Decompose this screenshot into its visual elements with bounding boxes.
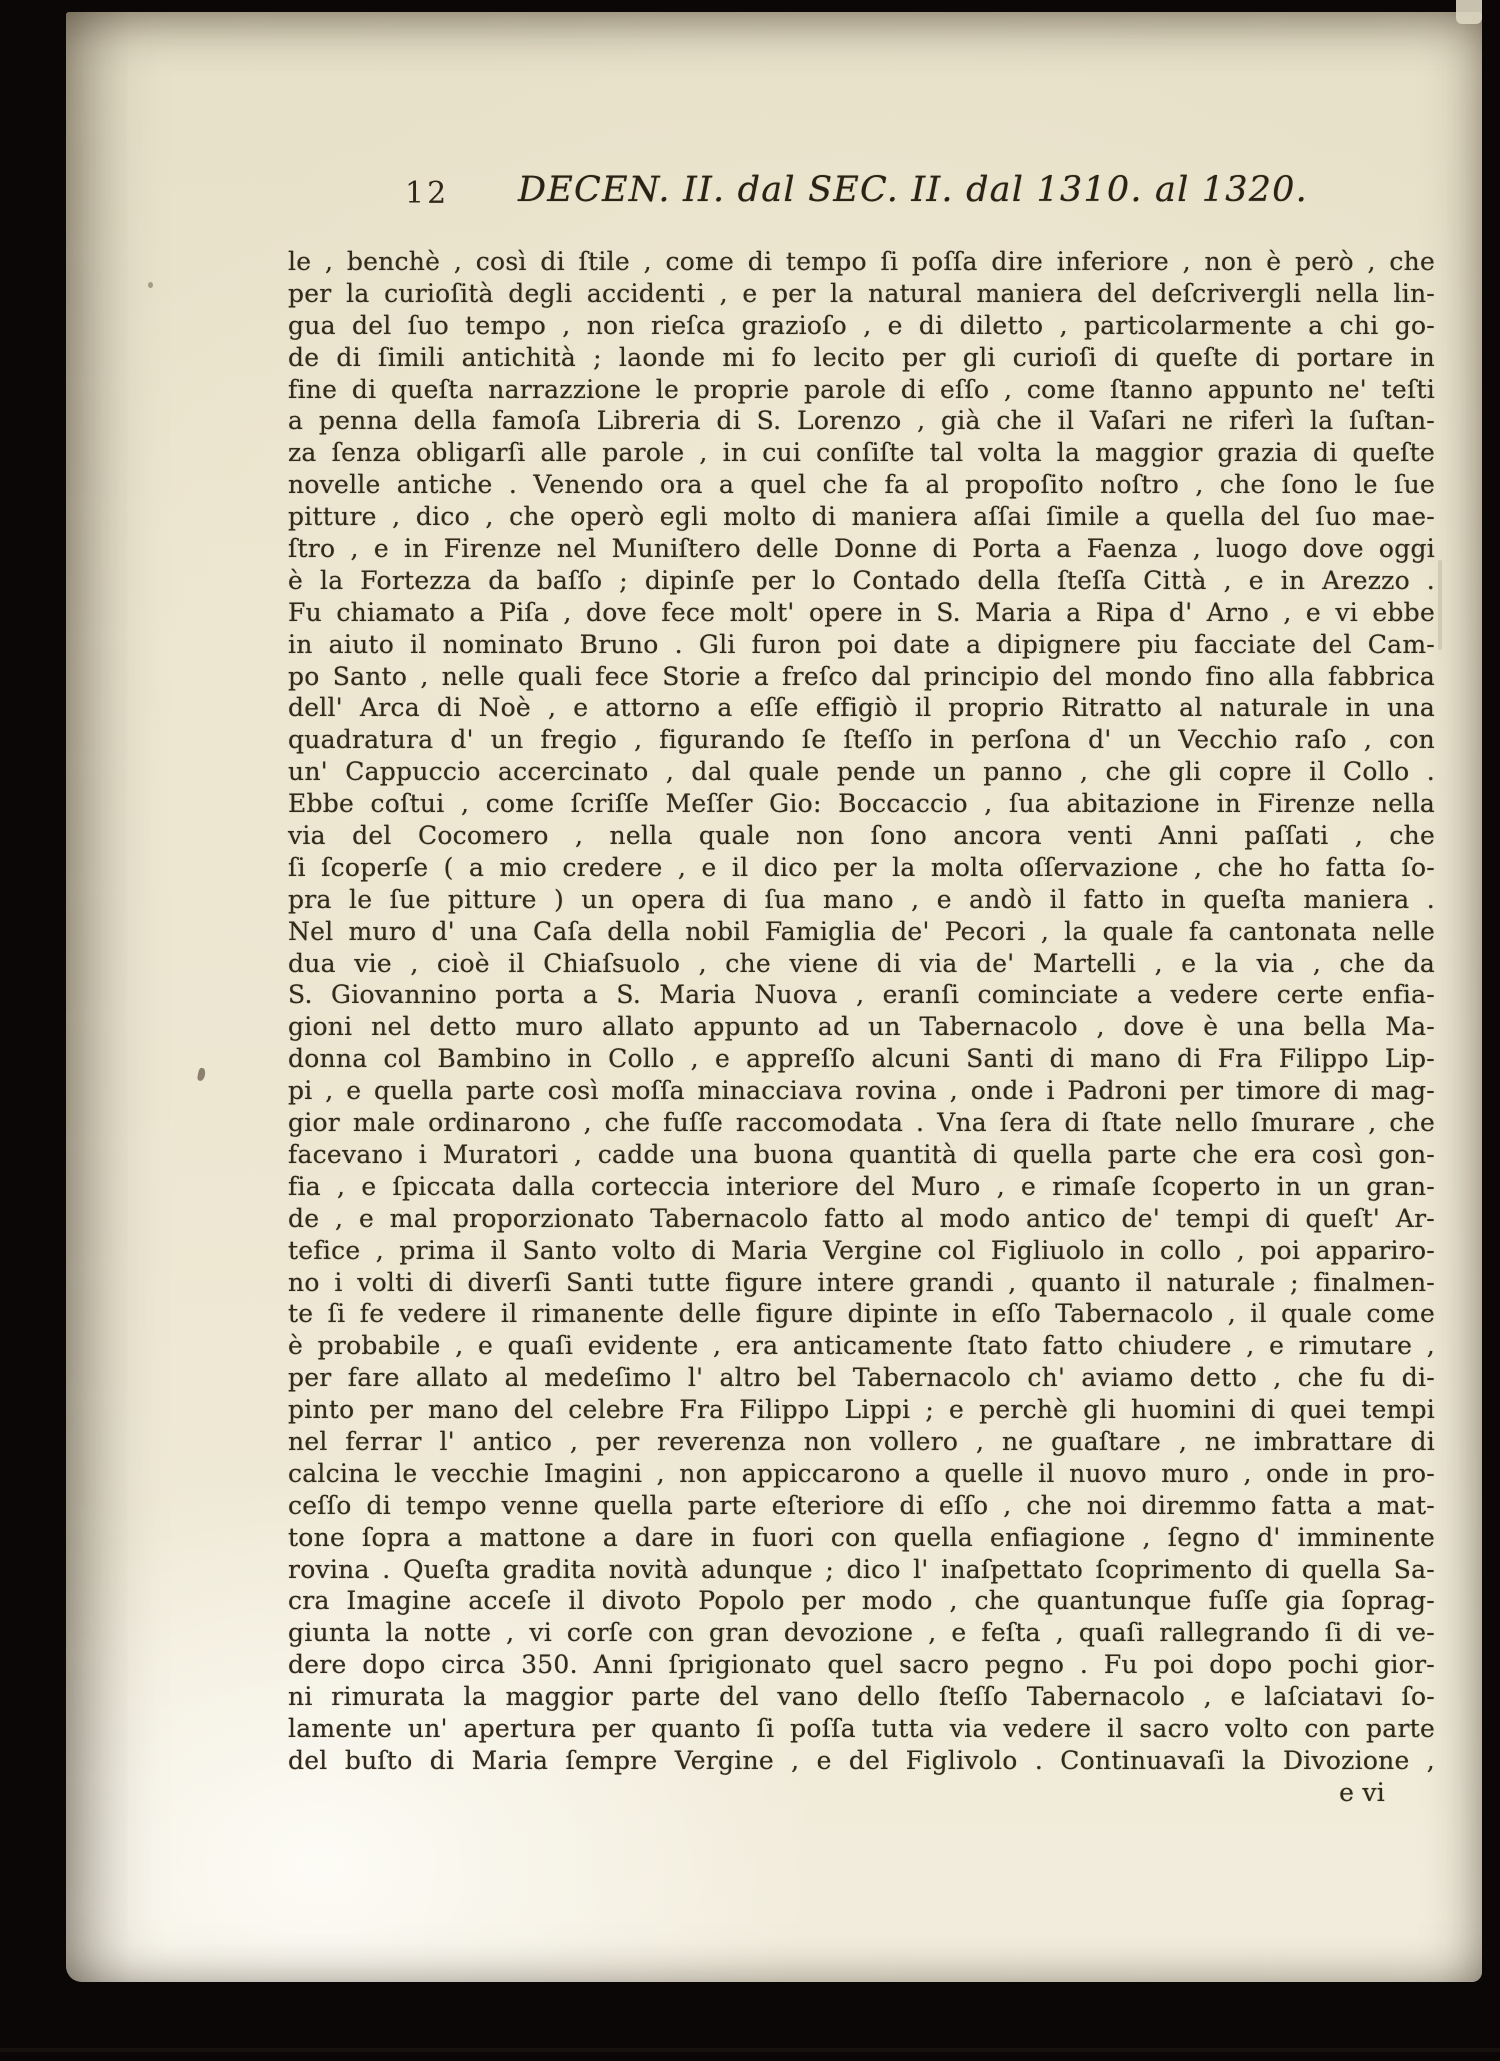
text-line: no i volti di diverſi Santi tutte figure… [288, 1267, 1435, 1299]
text-line: ſtro , e in Firenze nel Muniſtero delle … [288, 533, 1435, 565]
text-line: gioni nel detto muro allato appunto ad u… [288, 1011, 1435, 1043]
scanned-book-page: { "page": { "page_number": "12", "runnin… [0, 0, 1500, 2061]
text-line: cra Imagine acceſe il divoto Popolo per … [288, 1585, 1435, 1617]
text-line: un' Cappuccio accercinato , dal quale pe… [288, 756, 1435, 788]
text-line: de , e mal proporzionato Tabernacolo fat… [288, 1203, 1435, 1235]
text-line: fia , e ſpiccata dalla corteccia interio… [288, 1171, 1435, 1203]
text-line: a penna della famoſa Libreria di S. Lore… [288, 405, 1435, 437]
text-line: novelle antiche . Venendo ora a quel che… [288, 469, 1435, 501]
text-line: gior male ordinarono , che fuſſe raccomo… [288, 1107, 1435, 1139]
ink-speck [148, 282, 153, 288]
text-line: Fu chiamato a Piſa , dove fece molt' ope… [288, 597, 1435, 629]
text-line: Ebbe coſtui , come ſcriſſe Meſſer Gio: B… [288, 788, 1435, 820]
paper-fold-shadow [1438, 560, 1442, 650]
text-line: pi , e quella parte così moſſa minacciav… [288, 1075, 1435, 1107]
text-line: te ſi fe vedere il rimanente delle figur… [288, 1298, 1435, 1330]
text-line: dere dopo circa 350. Anni ſprigionato qu… [288, 1649, 1435, 1681]
text-line: nel ferrar l' antico , per reverenza non… [288, 1426, 1435, 1458]
text-line: pitture , dico , che operò egli molto di… [288, 501, 1435, 533]
text-line: per fare allato al medeſimo l' altro bel… [288, 1362, 1435, 1394]
text-line: za ſenza obligarſi alle parole , in cui … [288, 437, 1435, 469]
text-line: Nel muro d' una Caſa della nobil Famigli… [288, 916, 1435, 948]
text-line: facevano i Muratori , cadde una buona qu… [288, 1139, 1435, 1171]
running-title: DECEN. II. dal SEC. II. dal 1310. al 132… [518, 170, 1308, 210]
text-line: ſi ſcoperſe ( a mio credere , e il dico … [288, 852, 1435, 884]
body-text: le , benchè , così di ſtile , come di te… [288, 246, 1435, 1809]
text-line: lamente un' apertura per quanto ſi poſſa… [288, 1713, 1435, 1745]
scan-notch [1456, 0, 1482, 24]
text-line: ceſſo di tempo venne quella parte eſteri… [288, 1490, 1435, 1522]
text-line: de di ſimili antichità ; laonde mi fo le… [288, 342, 1435, 374]
text-line: fine di queſta narrazzione le proprie pa… [288, 374, 1435, 406]
text-line: donna col Bambino in Collo , e appreſſo … [288, 1043, 1435, 1075]
text-line: rovina . Queſta gradita novità adunque ;… [288, 1554, 1435, 1586]
text-line: del buſto di Maria ſempre Vergine , e de… [288, 1745, 1435, 1777]
text-line: via del Cocomero , nella quale non ſono … [288, 820, 1435, 852]
text-line: in aiuto il nominato Bruno . Gli furon p… [288, 629, 1435, 661]
text-line: quadratura d' un fregio , figurando ſe ſ… [288, 724, 1435, 756]
text-line: dell' Arca di Noè , e attorno a eſſe eff… [288, 692, 1435, 724]
text-line: per la curioſità degli accidenti , e per… [288, 278, 1435, 310]
text-line: giunta la notte , vi corſe con gran devo… [288, 1617, 1435, 1649]
page-number: 12 [405, 176, 449, 211]
scan-edge [0, 2048, 1500, 2052]
text-line: tefice , prima il Santo volto di Maria V… [288, 1235, 1435, 1267]
text-line: è la Fortezza da baſſo ; dipinſe per lo … [288, 565, 1435, 597]
text-line: tone ſopra a mattone a dare in fuori con… [288, 1522, 1435, 1554]
page-header: 12 DECEN. II. dal SEC. II. dal 1310. al … [66, 170, 1482, 216]
text-line: calcina le vecchie Imagini , non appicca… [288, 1458, 1435, 1490]
text-line: dua vie , cioè il Chiaſsuolo , che viene… [288, 948, 1435, 980]
catchword: e vi [288, 1777, 1435, 1809]
text-line: gua del ſuo tempo , non rieſca grazioſo … [288, 310, 1435, 342]
text-line: S. Giovannino porta a S. Maria Nuova , e… [288, 979, 1435, 1011]
text-line: pra le ſue pitture ) un opera di ſua man… [288, 884, 1435, 916]
text-line: ni rimurata la maggior parte del vano de… [288, 1681, 1435, 1713]
text-line: pinto per mano del celebre Fra Filippo L… [288, 1394, 1435, 1426]
text-line: po Santo , nelle quali fece Storie a fre… [288, 661, 1435, 693]
text-line: le , benchè , così di ſtile , come di te… [288, 246, 1435, 278]
text-line: è probabile , e quaſi evidente , era ant… [288, 1330, 1435, 1362]
